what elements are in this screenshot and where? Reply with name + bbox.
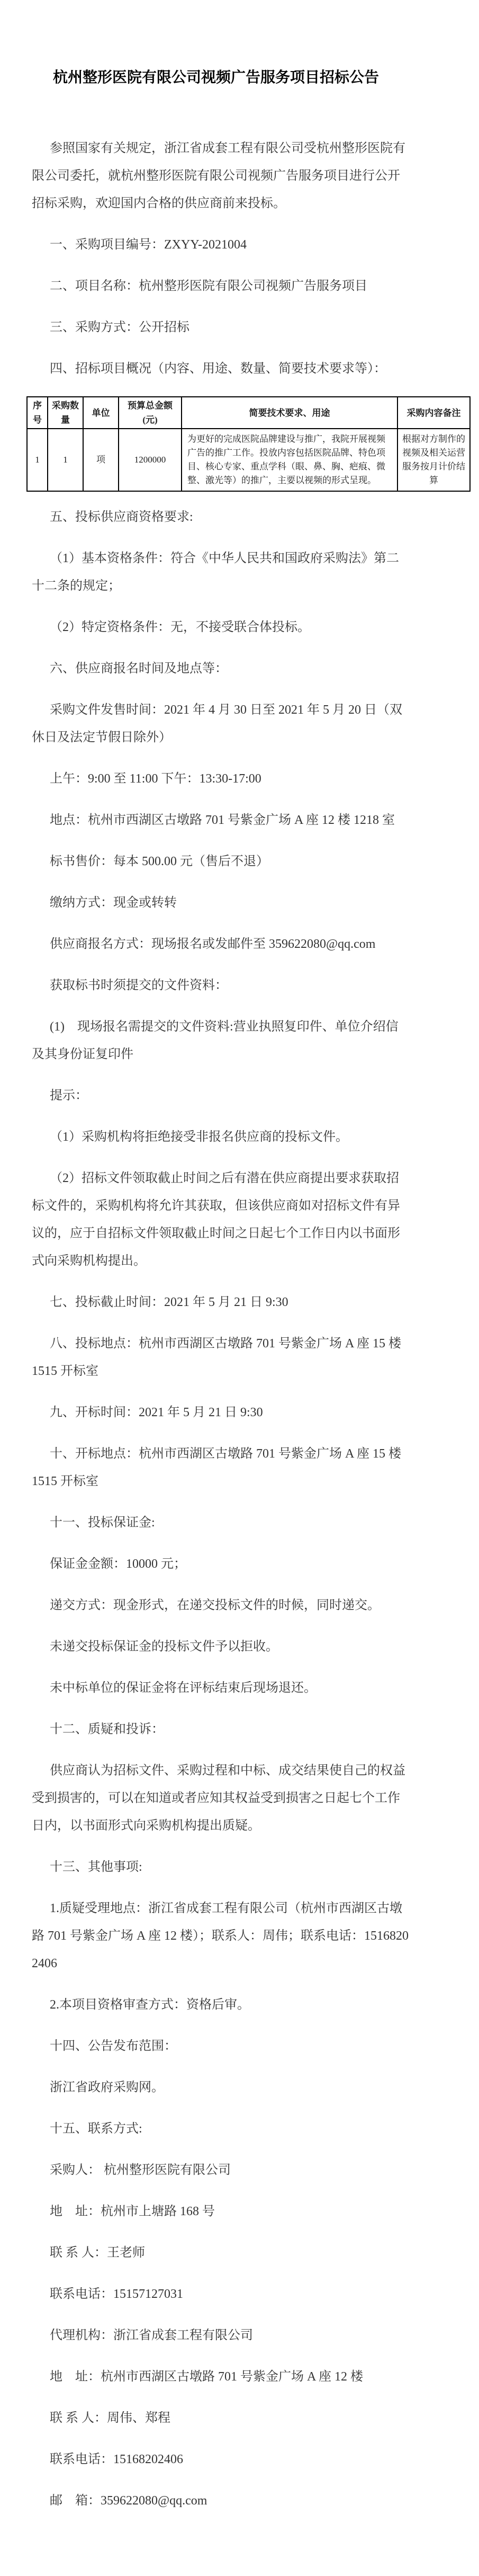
header-budget: 预算总金额(元) bbox=[119, 397, 182, 429]
paragraph: 参照国家有关规定，浙江省成套工程有限公司受杭州整形医院有限公司委托，就杭州整形医… bbox=[32, 135, 409, 217]
document: 杭州整形医院有限公司视频广告服务项目招标公告 参照国家有关规定，浙江省成套工程有… bbox=[0, 69, 479, 2576]
paragraph: 采购人： 杭州整形医院有限公司 bbox=[32, 2156, 409, 2184]
content-after-table: 五、投标供应商资格要求:（1）基本资格条件：符合《中华人民共和国政府采购法》第二… bbox=[32, 503, 409, 2515]
header-requirements: 简要技术要求、用途 bbox=[182, 397, 397, 429]
announcement-page: { "document": { "title": "杭州整形医院有限公司视频广告… bbox=[0, 69, 479, 2576]
paragraph: 七、投标截止时间：2021 年 5 月 21 日 9:30 bbox=[32, 1289, 409, 1316]
paragraph: 供应商认为招标文件、采购过程和中标、成交结果使自己的权益受到损害的，可以在知道或… bbox=[32, 1757, 409, 1840]
paragraph: 代理机构：浙江省成套工程有限公司 bbox=[32, 2322, 409, 2349]
paragraph: 获取标书时须提交的文件资料： bbox=[32, 972, 409, 999]
paragraph: 联 系 人：周伟、郑程 bbox=[32, 2404, 409, 2432]
header-unit: 单位 bbox=[83, 397, 119, 429]
paragraph: 二、项目名称：杭州整形医院有限公司视频广告服务项目 bbox=[32, 272, 409, 300]
paragraph: 八、投标地点：杭州市西湖区古墩路 701 号紫金广场 A 座 15 楼 1515… bbox=[32, 1330, 409, 1385]
paragraph: （1）采购机构将拒绝接受非报名供应商的投标文件。 bbox=[32, 1123, 409, 1151]
paragraph: 十一、投标保证金: bbox=[32, 1509, 409, 1536]
project-overview-table-wrap: 序号 采购数量 单位 预算总金额(元) 简要技术要求、用途 采购内容备注 1 1… bbox=[26, 396, 409, 492]
table-header-row: 序号 采购数量 单位 预算总金额(元) 简要技术要求、用途 采购内容备注 bbox=[27, 397, 470, 429]
paragraph: 十、开标地点：杭州市西湖区古墩路 701 号紫金广场 A 座 15 楼 1515… bbox=[32, 1440, 409, 1495]
paragraph: 递交方式：现金形式，在递交投标文件的时候，同时递交。 bbox=[32, 1592, 409, 1619]
header-remark: 采购内容备注 bbox=[397, 397, 470, 429]
paragraph: 2.本项目资格审查方式：资格后审。 bbox=[32, 1991, 409, 2019]
table-row: 1 1 项 1200000 为更好的完成医院品牌建设与推广，我院开展视频广告的推… bbox=[27, 429, 470, 491]
header-seq: 序号 bbox=[27, 397, 48, 429]
paragraph: 地 址：杭州市西湖区古墩路 701 号紫金广场 A 座 12 楼 bbox=[32, 2363, 409, 2391]
paragraph: 未递交投标保证金的投标文件予以拒收。 bbox=[32, 1633, 409, 1660]
cell-remark: 根据对方制作的视频及相关运营服务按月计价结算 bbox=[397, 429, 470, 491]
paragraph: 地 址：杭州市上塘路 168 号 bbox=[32, 2198, 409, 2225]
paragraph: 一、采购项目编号：ZXYY-2021004 bbox=[32, 231, 409, 259]
paragraph: 联 系 人：王老师 bbox=[32, 2239, 409, 2267]
cell-seq: 1 bbox=[27, 429, 48, 491]
paragraph: （2）招标文件领取截止时间之后有潜在供应商提出要求获取招标文件的，采购机构将允许… bbox=[32, 1165, 409, 1275]
paragraph: 十五、联系方式: bbox=[32, 2115, 409, 2143]
paragraph: 标书售价：每本 500.00 元（售后不退） bbox=[32, 848, 409, 875]
paragraph: 缴纳方式：现金或转转 bbox=[32, 889, 409, 917]
paragraph: （1）基本资格条件：符合《中华人民共和国政府采购法》第二十二条的规定； bbox=[32, 545, 409, 600]
paragraph: 九、开标时间：2021 年 5 月 21 日 9:30 bbox=[32, 1399, 409, 1426]
page-title: 杭州整形医院有限公司视频广告服务项目招标公告 bbox=[53, 69, 409, 86]
paragraph: 1.质疑受理地点：浙江省成套工程有限公司（杭州市西湖区古墩路 701 号紫金广场… bbox=[32, 1895, 409, 1977]
paragraph: 供应商报名方式：现场报名或发邮件至 359622080@qq.com bbox=[32, 930, 409, 958]
cell-quantity: 1 bbox=[48, 429, 83, 491]
paragraph: 浙江省政府采购网。 bbox=[32, 2074, 409, 2101]
paragraph: 五、投标供应商资格要求: bbox=[32, 503, 409, 531]
paragraph: 采购文件发售时间：2021 年 4 月 30 日至 2021 年 5 月 20 … bbox=[32, 696, 409, 751]
paragraph: 十四、公告发布范围： bbox=[32, 2032, 409, 2060]
cell-budget: 1200000 bbox=[119, 429, 182, 491]
cell-unit: 项 bbox=[83, 429, 119, 491]
paragraph: 联系电话：15168202406 bbox=[32, 2446, 409, 2473]
paragraph: (1) 现场报名需提交的文件资料:营业执照复印件、单位介绍信及其身份证复印件 bbox=[32, 1013, 409, 1068]
paragraph: 十二、质疑和投诉： bbox=[32, 1716, 409, 1743]
paragraph: 地点：杭州市西湖区古墩路 701 号紫金广场 A 座 12 楼 1218 室 bbox=[32, 806, 409, 834]
paragraph: 提示： bbox=[32, 1082, 409, 1109]
paragraph: 十三、其他事项: bbox=[32, 1853, 409, 1881]
paragraph: （2）特定资格条件：无，不接受联合体投标。 bbox=[32, 614, 409, 641]
paragraph: 四、招标项目概况（内容、用途、数量、简要技术要求等）： bbox=[32, 355, 409, 383]
paragraph: 六、供应商报名时间及地点等： bbox=[32, 655, 409, 682]
paragraph: 保证金金额：10000 元； bbox=[32, 1550, 409, 1578]
content-before-table: 参照国家有关规定，浙江省成套工程有限公司受杭州整形医院有限公司委托，就杭州整形医… bbox=[32, 135, 409, 383]
project-overview-table: 序号 采购数量 单位 预算总金额(元) 简要技术要求、用途 采购内容备注 1 1… bbox=[26, 396, 471, 492]
paragraph: 未中标单位的保证金将在评标结束后现场退还。 bbox=[32, 1674, 409, 1702]
paragraph: 联系电话：15157127031 bbox=[32, 2280, 409, 2308]
paragraph: 上午：9:00 至 11:00 下午：13:30-17:00 bbox=[32, 765, 409, 793]
paragraph: 三、采购方式：公开招标 bbox=[32, 314, 409, 341]
cell-requirements: 为更好的完成医院品牌建设与推广，我院开展视频广告的推广工作。投放内容包括医院品牌… bbox=[182, 429, 397, 491]
paragraph: 邮 箱：359622080@qq.com bbox=[32, 2487, 409, 2515]
header-quantity: 采购数量 bbox=[48, 397, 83, 429]
